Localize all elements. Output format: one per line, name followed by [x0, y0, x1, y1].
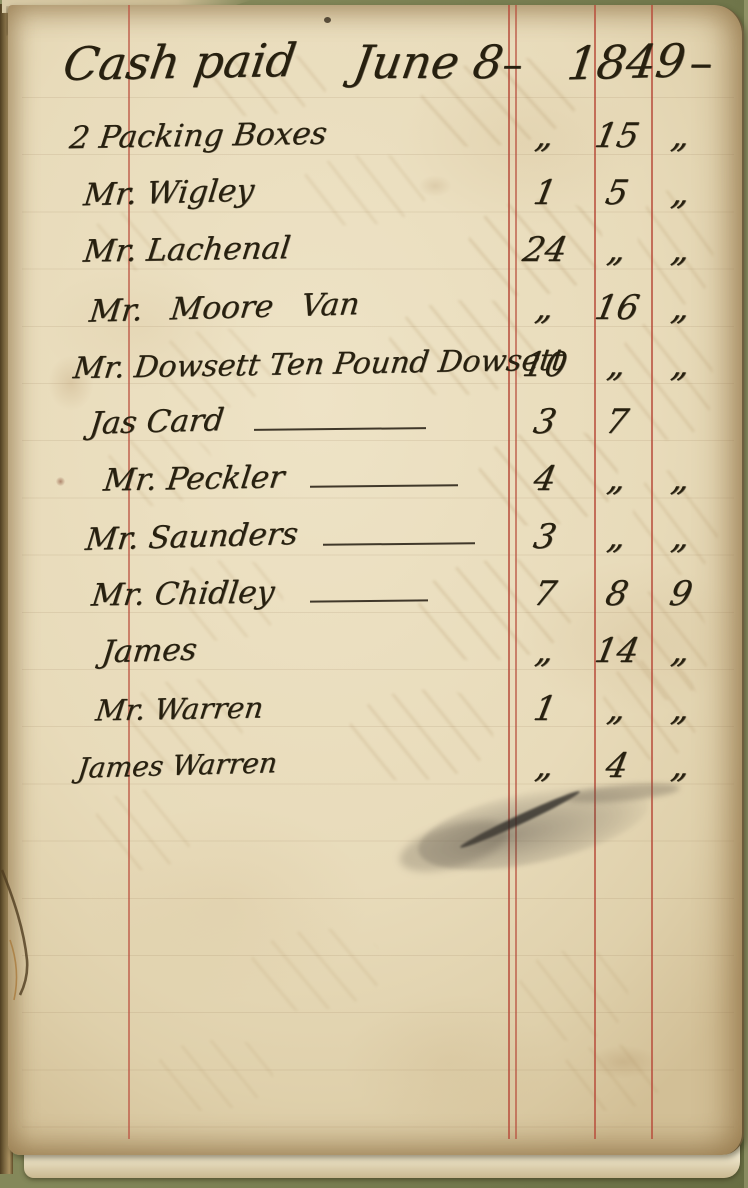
- amount-pounds: 3: [502, 517, 588, 557]
- row-dash: [254, 427, 426, 431]
- amount-pounds: 4: [502, 459, 588, 499]
- amount-pounds: „: [502, 288, 588, 328]
- heading-year: 1849: [565, 33, 690, 90]
- ledger-row: Mr. Moore Van „ 16 „: [8, 279, 742, 336]
- ledger-row: Mr. Wigley 1 5 „: [8, 164, 742, 221]
- heading-cash-paid: Cash paid: [60, 33, 300, 91]
- amount-pounds: „: [502, 631, 588, 671]
- amount-pounds: „: [502, 116, 588, 156]
- row-description: James Warren: [76, 747, 279, 786]
- row-dash: [310, 485, 458, 489]
- ledger-page: Cash paid June 8 th– 1849 – 2 Packing Bo…: [8, 5, 744, 1155]
- ledger-row: 2 Packing Boxes „ 15 „: [8, 107, 742, 164]
- amount-pence: „: [642, 230, 720, 270]
- heading-year-dash: –: [689, 35, 712, 89]
- amount-shillings: „: [584, 230, 650, 270]
- amount-shillings: 14: [584, 631, 650, 671]
- row-description: Mr. Warren: [94, 690, 266, 727]
- amount-shillings: 7: [584, 402, 650, 442]
- row-description: Mr. Lachenal: [82, 230, 293, 270]
- row-description: 2 Packing Boxes: [67, 115, 328, 155]
- ledger-row: Mr. Dowsett Ten Pound Dowsett 10 „ „: [8, 336, 742, 393]
- amount-shillings: „: [584, 689, 650, 729]
- amount-pence: „: [642, 517, 720, 557]
- amount-pence: „: [642, 345, 720, 385]
- ledger-rows: 2 Packing Boxes „ 15 „ Mr. Wigley 1 5 „ …: [8, 107, 742, 795]
- heading-date-dash: –: [502, 42, 522, 88]
- row-description: Mr. Dowsett Ten Pound Dowsett: [71, 343, 566, 387]
- row-description: Mr. Saunders: [84, 516, 300, 558]
- row-description: Mr. Peckler: [102, 460, 287, 499]
- row-description: Mr. Moore Van: [87, 286, 361, 329]
- amount-pence: „: [642, 689, 720, 729]
- ledger-row: Mr. Saunders 3 „ „: [8, 508, 742, 565]
- row-description: James: [100, 632, 199, 671]
- amount-shillings: 15: [584, 116, 650, 156]
- amount-pounds: 1: [502, 173, 588, 213]
- amount-pence: 9: [642, 574, 720, 614]
- amount-pounds: 3: [502, 402, 588, 442]
- ledger-row: Mr. Lachenal 24 „ „: [8, 222, 742, 279]
- ledger-row: Mr. Warren 1 „ „: [8, 680, 742, 737]
- amount-shillings: 8: [584, 574, 650, 614]
- row-dash: [310, 599, 428, 602]
- binding-thread: [0, 845, 70, 1015]
- ink-speck: [324, 17, 331, 23]
- amount-shillings: „: [584, 517, 650, 557]
- ledger-row: James „ 14 „: [8, 623, 742, 680]
- amount-shillings: „: [584, 345, 650, 385]
- heading-date-ordinal: th: [507, 5, 542, 8]
- amount-pounds: 7: [502, 574, 588, 614]
- photo-background: Cash paid June 8 th– 1849 – 2 Packing Bo…: [0, 0, 748, 1188]
- ledger-row: Jas Card 3 7: [8, 393, 742, 450]
- amount-pence: „: [642, 173, 720, 213]
- amount-shillings: 16: [584, 288, 650, 328]
- amount-pounds: 1: [502, 689, 588, 729]
- heading-date-ordinal-group: th–: [502, 35, 522, 89]
- amount-pence: „: [642, 631, 720, 671]
- heading-date: June 8: [349, 35, 506, 89]
- amount-pence: „: [642, 459, 720, 499]
- amount-pence: „: [642, 288, 720, 328]
- row-description: Mr. Chidley: [90, 574, 277, 613]
- ledger-row: Mr. Peckler 4 „ „: [8, 451, 742, 508]
- amount-pounds: 10: [502, 345, 588, 385]
- amount-pounds: 24: [502, 230, 588, 270]
- ledger-row: Mr. Chidley 7 8 9: [8, 565, 742, 622]
- amount-shillings: 5: [584, 173, 650, 213]
- amount-pounds: „: [502, 746, 588, 786]
- amount-pence: „: [642, 116, 720, 156]
- amount-pence: „: [642, 746, 720, 786]
- row-description: Jas Card: [88, 402, 226, 442]
- page-heading: Cash paid June 8 th– 1849 –: [64, 35, 712, 89]
- row-description: Mr. Wigley: [82, 173, 256, 214]
- amount-shillings: „: [584, 459, 650, 499]
- row-dash: [323, 542, 475, 546]
- amount-shillings: 4: [584, 746, 650, 786]
